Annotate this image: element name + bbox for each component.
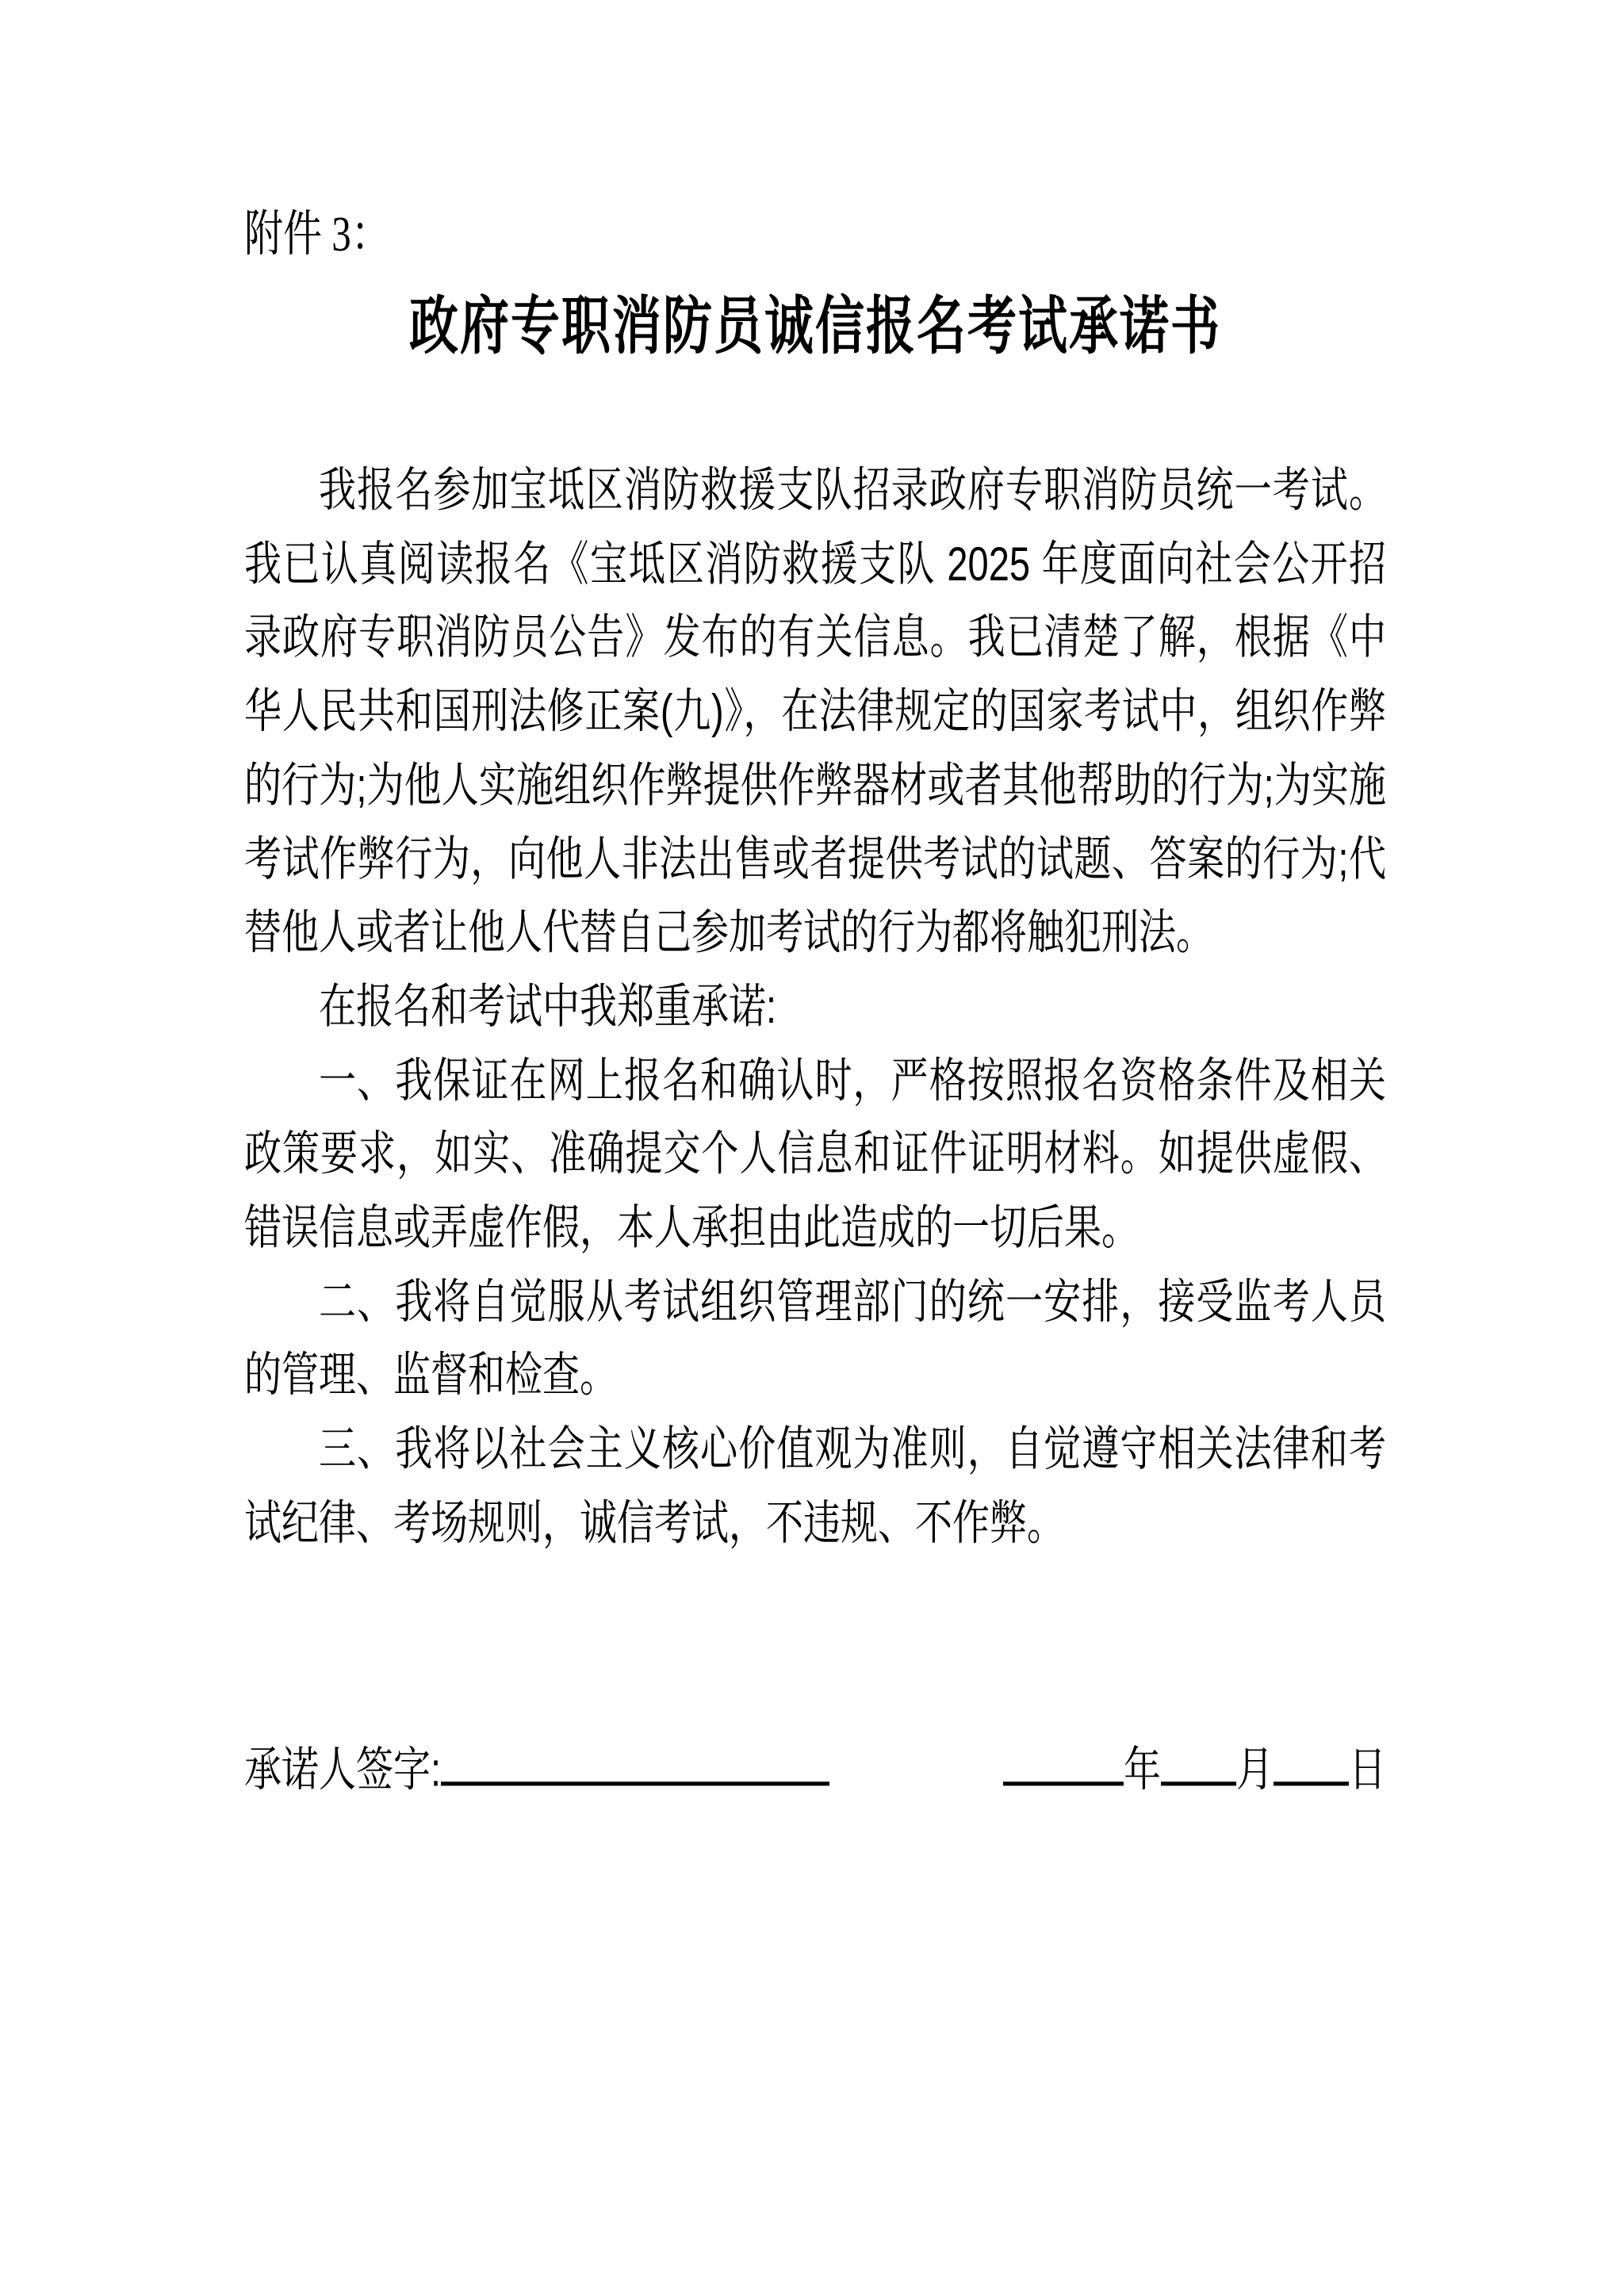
- month-blank-line: [1161, 1781, 1236, 1785]
- year-blank-line: [1003, 1781, 1124, 1785]
- document-body: 我报名参加宝坻区消防救援支队招录政府专职消防员统一考试。我已认真阅读报名《宝坻区…: [244, 453, 1386, 1560]
- paragraph-pledge-2: 二、我将自觉服从考试组织管理部门的统一安排，接受监考人员的管理、监督和检查。: [244, 1265, 1386, 1412]
- attachment-label: 附件 3：: [244, 208, 1386, 259]
- document-content: 附件 3： 政府专职消防员诚信报名考试承诺书 我报名参加宝坻区消防救援支队招录政…: [244, 208, 1386, 1805]
- signature-row: 承诺人签字: 年月日: [244, 1732, 1386, 1805]
- date-field: 年月日: [1003, 1732, 1386, 1805]
- signature-blank-line: [441, 1781, 829, 1785]
- day-label: 日: [1349, 1742, 1386, 1796]
- paragraph-pledge-3: 三、我将以社会主义核心价值观为准则，自觉遵守相关法律和考试纪律、考场规则，诚信考…: [244, 1413, 1386, 1560]
- signature-label: 承诺人签字:: [244, 1742, 441, 1796]
- paragraph-pledge-lead: 在报名和考试中我郑重承诺:: [244, 970, 1386, 1043]
- document-title: 政府专职消防员诚信报名考试承诺书: [244, 293, 1386, 362]
- paragraph-pledge-1: 一、我保证在网上报名和确认时，严格按照报名资格条件及相关政策要求，如实、准确提交…: [244, 1043, 1386, 1265]
- day-blank-line: [1274, 1781, 1349, 1785]
- paragraph-intro: 我报名参加宝坻区消防救援支队招录政府专职消防员统一考试。我已认真阅读报名《宝坻区…: [244, 453, 1386, 970]
- month-label: 月: [1236, 1742, 1274, 1796]
- year-label: 年: [1124, 1742, 1161, 1796]
- signature-field: 承诺人签字:: [244, 1732, 829, 1805]
- document-page: 附件 3： 政府专职消防员诚信报名考试承诺书 我报名参加宝坻区消防救援支队招录政…: [0, 0, 1624, 2296]
